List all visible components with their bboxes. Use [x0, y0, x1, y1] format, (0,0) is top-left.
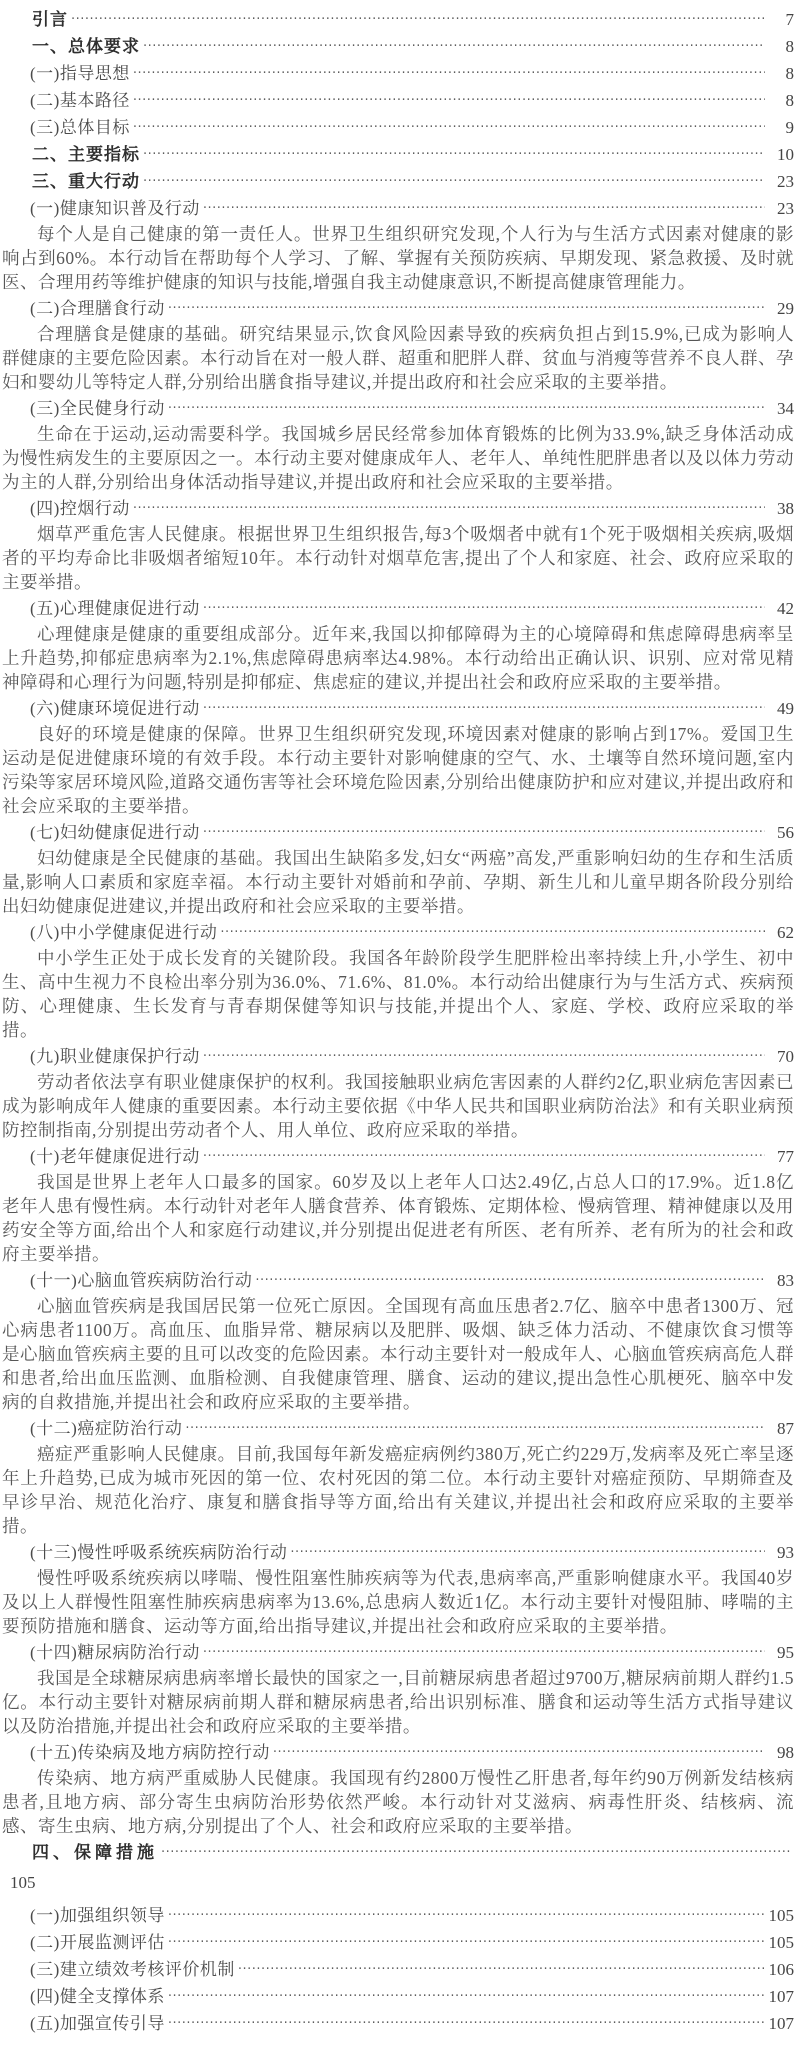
toc-entry-label: (八)中小学健康促进行动 [30, 920, 217, 945]
toc-entry-description: 我国是全球糖尿病患病率增长最快的国家之一,目前糖尿病患者超过9700万,糖尿病前… [2, 1666, 794, 1738]
toc-page-number: 106 [768, 1957, 794, 1982]
toc-page-number: 77 [768, 1144, 794, 1169]
toc-page-number: 62 [768, 920, 794, 945]
toc-entry-label: (一)指导思想 [30, 61, 130, 86]
toc-entry-label: 三、重大行动 [32, 169, 140, 194]
dot-leader: ········································… [168, 396, 765, 421]
toc-item-row: (十二)癌症防治行动······························… [2, 1416, 794, 1441]
toc-entry-label: (四)健全支撑体系 [30, 1984, 165, 2009]
dot-leader: ········································… [71, 7, 765, 32]
toc-entry-label: (一)健康知识普及行动 [30, 196, 200, 221]
toc-entry-label: (十三)慢性呼吸系统疾病防治行动 [30, 1540, 287, 1565]
dot-leader: ········································… [273, 1740, 765, 1765]
toc-entry-label: (三)全民健身行动 [30, 396, 165, 421]
toc-item-row: (三)建立绩效考核评价机制···························… [2, 1957, 794, 1982]
toc-item-row: (三)总体目标·································… [2, 115, 794, 140]
toc-page-number: 87 [768, 1416, 794, 1441]
toc-entry-description: 我国是世界上老年人口最多的国家。60岁及以上老年人口达2.49亿,占总人口的17… [2, 1170, 794, 1266]
toc-entry-description: 慢性呼吸系统疾病以哮喘、慢性阻塞性肺疾病等为代表,患病率高,严重影响健康水平。我… [2, 1566, 794, 1638]
dot-leader: ········································… [143, 34, 765, 59]
toc-entry-label: (十五)传染病及地方病防控行动 [30, 1740, 270, 1765]
toc-page-number: 7 [768, 7, 794, 32]
toc-entry-description: 生命在于运动,运动需要科学。我国城乡居民经常参加体育锻炼的比例为33.9%,缺乏… [2, 422, 794, 494]
dot-leader: ········································… [133, 61, 765, 86]
toc-page-number: 8 [768, 88, 794, 113]
toc-entry-description: 传染病、地方病严重威胁人民健康。我国现有约2800万慢性乙肝患者,每年约90万例… [2, 1766, 794, 1838]
dot-leader: ········································… [220, 920, 765, 945]
dot-leader: ········································… [133, 496, 765, 521]
toc-entry-description: 合理膳食是健康的基础。研究结果显示,饮食风险因素导致的疾病负担占到15.9%,已… [2, 322, 794, 394]
toc-item-row: (一)加强组织领导·······························… [2, 1903, 794, 1928]
toc-page-number: 23 [768, 196, 794, 221]
dot-leader: ········································… [203, 696, 765, 721]
toc-entry-description: 每个人是自己健康的第一责任人。世界卫生组织研究发现,个人行为与生活方式因素对健康… [2, 222, 794, 294]
dot-leader: ········································… [161, 1840, 791, 1865]
toc-item-row: (十)老年健康促进行动·····························… [2, 1144, 794, 1169]
toc-entry-description: 中小学生正处于成长发育的关键阶段。我国各年龄阶段学生肥胖检出率持续上升,小学生、… [2, 946, 794, 1042]
toc-item-row: (二)开展监测评估·······························… [2, 1930, 794, 1955]
toc-entry-description: 心脑血管疾病是我国居民第一位死亡原因。全国现有高血压患者2.7亿、脑卒中患者13… [2, 1294, 794, 1414]
toc-item-row: (十四)糖尿病防治行动·····························… [2, 1640, 794, 1665]
toc-heading-row: 一、总体要求··································… [2, 34, 794, 59]
toc-entry-description: 烟草严重危害人民健康。根据世界卫生组织报告,每3个吸烟者中就有1个死于吸烟相关疾… [2, 522, 794, 594]
toc-entry-label: (一)加强组织领导 [30, 1903, 165, 1928]
toc-entry-label: 四、保障措施 [32, 1840, 158, 1865]
toc-item-row: (十三)慢性呼吸系统疾病防治行动························… [2, 1540, 794, 1565]
toc-page-number: 42 [768, 596, 794, 621]
dot-leader: ········································… [255, 1268, 765, 1293]
toc-item-row: (四)控烟行动·································… [2, 496, 794, 521]
toc-page-number: 8 [768, 34, 794, 59]
dot-leader: ········································… [168, 296, 765, 321]
toc-list: 引言······································… [2, 7, 794, 2036]
toc-item-row: (五)加强宣传引导·······························… [2, 2011, 794, 2036]
dot-leader: ········································… [203, 596, 765, 621]
dot-leader: ········································… [290, 1540, 765, 1565]
toc-page-number-wrapped: 105 [2, 1870, 794, 1895]
toc-page-number: 34 [768, 396, 794, 421]
toc-page-number: 70 [768, 1044, 794, 1069]
toc-page-number: 8 [768, 61, 794, 86]
toc-item-row: (二)合理膳食行动·······························… [2, 296, 794, 321]
toc-heading-row: 二、主要指标··································… [2, 142, 794, 167]
toc-page-number: 10 [768, 142, 794, 167]
toc-item-row: (二)基本路径·································… [2, 88, 794, 113]
toc-item-row: (一)指导思想·································… [2, 61, 794, 86]
toc-page-number: 107 [768, 1984, 794, 2009]
toc-page-number: 93 [768, 1540, 794, 1565]
toc-page-number: 95 [768, 1640, 794, 1665]
toc-entry-label: (七)妇幼健康促进行动 [30, 820, 200, 845]
dot-leader: ········································… [203, 820, 765, 845]
toc-item-row: (八)中小学健康促进行动····························… [2, 920, 794, 945]
dot-leader: ········································… [133, 88, 765, 113]
toc-page-number: 105 [768, 1930, 794, 1955]
toc-entry-label: (二)基本路径 [30, 88, 130, 113]
toc-entry-label: (九)职业健康保护行动 [30, 1044, 200, 1069]
toc-entry-label: (十一)心脑血管疾病防治行动 [30, 1268, 252, 1293]
toc-entry-label: (四)控烟行动 [30, 496, 130, 521]
dot-leader: ········································… [143, 142, 765, 167]
toc-page-number: 9 [768, 115, 794, 140]
dot-leader: ········································… [203, 1144, 765, 1169]
toc-entry-label: 一、总体要求 [32, 34, 140, 59]
dot-leader: ········································… [203, 196, 765, 221]
toc-page-number: 23 [768, 169, 794, 194]
toc-entry-description: 心理健康是健康的重要组成部分。近年来,我国以抑郁障碍为主的心境障碍和焦虑障碍患病… [2, 622, 794, 694]
toc-item-row: (七)妇幼健康促进行动·····························… [2, 820, 794, 845]
toc-page-number: 29 [768, 296, 794, 321]
toc-item-row: (十五)传染病及地方病防控行动·························… [2, 1740, 794, 1765]
toc-page-number: 49 [768, 696, 794, 721]
toc-entry-label: (五)心理健康促进行动 [30, 596, 200, 621]
toc-item-row: (六)健康环境促进行动·····························… [2, 696, 794, 721]
toc-heading-row: 四、保障措施··································… [2, 1840, 794, 1865]
dot-leader: ········································… [133, 115, 765, 140]
toc-entry-label: (十四)糖尿病防治行动 [30, 1640, 200, 1665]
dot-leader: ········································… [143, 169, 765, 194]
toc-heading-row: 三、重大行动··································… [2, 169, 794, 194]
toc-item-row: (三)全民健身行动·······························… [2, 396, 794, 421]
toc-entry-label: (十二)癌症防治行动 [30, 1416, 182, 1441]
toc-page-number: 98 [768, 1740, 794, 1765]
toc-entry-description: 癌症严重影响人民健康。目前,我国每年新发癌症病例约380万,死亡约229万,发病… [2, 1442, 794, 1538]
toc-entry-label: 引言 [32, 7, 68, 32]
toc-entry-label: (二)开展监测评估 [30, 1930, 165, 1955]
dot-leader: ········································… [168, 1903, 765, 1928]
toc-entry-description: 妇幼健康是全民健康的基础。我国出生缺陷多发,妇女“两癌”高发,严重影响妇幼的生存… [2, 846, 794, 918]
toc-entry-label: (五)加强宣传引导 [30, 2011, 165, 2036]
toc-entry-label: (三)建立绩效考核评价机制 [30, 1957, 235, 1982]
toc-page: 引言······································… [0, 0, 800, 2047]
toc-item-row: (五)心理健康促进行动·····························… [2, 596, 794, 621]
dot-leader: ········································… [203, 1640, 765, 1665]
dot-leader: ········································… [168, 1984, 765, 2009]
toc-item-row: (十一)心脑血管疾病防治行动··························… [2, 1268, 794, 1293]
toc-page-number: 107 [768, 2011, 794, 2036]
toc-item-row: (四)健全支撑体系·······························… [2, 1984, 794, 2009]
dot-leader: ········································… [238, 1957, 765, 1982]
toc-page-number: 105 [768, 1903, 794, 1928]
toc-page-number: 56 [768, 820, 794, 845]
toc-entry-label: 二、主要指标 [32, 142, 140, 167]
toc-entry-label: (三)总体目标 [30, 115, 130, 140]
toc-entry-label: (六)健康环境促进行动 [30, 696, 200, 721]
toc-page-number: 83 [768, 1268, 794, 1293]
dot-leader: ········································… [168, 1930, 765, 1955]
toc-entry-label: (十)老年健康促进行动 [30, 1144, 200, 1169]
toc-item-row: (一)健康知识普及行动·····························… [2, 196, 794, 221]
toc-entry-description: 良好的环境是健康的保障。世界卫生组织研究发现,环境因素对健康的影响占到17%。爱… [2, 722, 794, 818]
dot-leader: ········································… [168, 2011, 765, 2036]
toc-entry-label: (二)合理膳食行动 [30, 296, 165, 321]
dot-leader: ········································… [203, 1044, 765, 1069]
dot-leader: ········································… [185, 1416, 765, 1441]
toc-item-row: (九)职业健康保护行动·····························… [2, 1044, 794, 1069]
toc-page-number: 38 [768, 496, 794, 521]
toc-entry-description: 劳动者依法享有职业健康保护的权利。我国接触职业病危害因素的人群约2亿,职业病危害… [2, 1070, 794, 1142]
toc-heading-row: 引言······································… [2, 7, 794, 32]
